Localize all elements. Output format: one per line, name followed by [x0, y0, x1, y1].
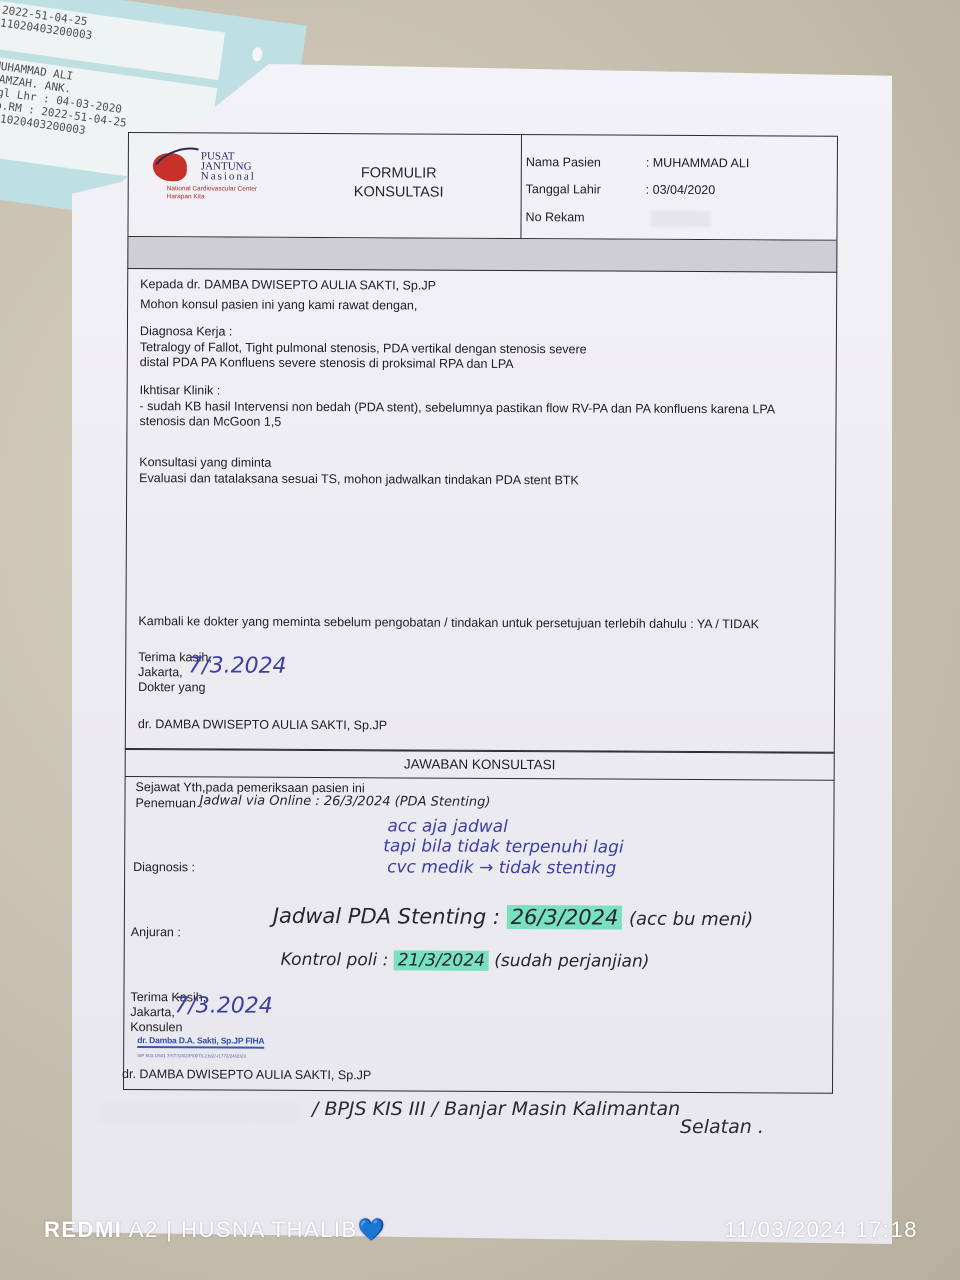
consultant-doctor-name: dr. DAMBA DWISEPTO AULIA SAKTI, Sp.JP — [122, 1067, 371, 1082]
answer-diagnosis-handwritten: tapi bila tidak terpenuhi lagi — [383, 836, 623, 857]
recommendation-note: (sudah perjanjian) — [494, 951, 649, 972]
diagnosis-label: Diagnosa Kerja : — [140, 324, 232, 338]
city-text: Jakarta, — [138, 665, 183, 679]
clinical-summary-text: stenosis dan McGoon 1,5 — [139, 414, 281, 429]
patient-dob-value: : 03/04/2020 — [646, 183, 716, 197]
answer-diagnosis-handwritten: acc aja jadwal — [387, 816, 508, 837]
logo-sub-line: Harapan Kita — [167, 193, 257, 201]
redacted-record-number — [651, 211, 711, 227]
title-line: KONSULTASI — [349, 183, 449, 203]
answer-handwritten-date: 7/3.2024 — [174, 993, 273, 1019]
title-line: FORMULIR — [349, 164, 449, 184]
logo-subtext: National Cardiovascular Center Harapan K… — [167, 185, 257, 201]
watermark-datetime: 11/03/2024 17:18 — [724, 1217, 918, 1243]
bottom-note-line: Selatan . — [680, 1116, 764, 1138]
doctor-stamp-license: SIP 503.1/501 7/ST/1002/P/0073.2.b/2/-/1… — [137, 1053, 246, 1059]
recommendation-text: Jadwal PDA Stenting : — [273, 904, 500, 929]
recommendation-label: Anjuran : — [131, 925, 181, 939]
form-header: PUSAT JANTUNG Nasional National Cardiova… — [127, 132, 838, 241]
recommendation-note: (acc bu meni) — [629, 909, 753, 931]
handwritten-date: 7/3.2024 — [188, 653, 287, 679]
patient-dob-label: Tanggal Lahir — [526, 182, 601, 196]
patient-record-row: No Rekam — [526, 210, 585, 224]
perforation-hole — [251, 47, 263, 62]
form-title: FORMULIR KONSULTASI — [349, 164, 449, 203]
answer-diagnosis-label: Diagnosis : — [133, 860, 195, 874]
recommendation-line-1: Jadwal PDA Stenting : 26/3/2024 (acc bu … — [273, 904, 753, 931]
doctor-stamp: dr. Damba D.A. Sakti, Sp.JP FIHA — [137, 1035, 264, 1049]
camera-watermark: REDMI A2 | HUSNA THALIB💙 — [44, 1217, 387, 1243]
answer-section-title: JAWABAN KONSULTASI — [125, 749, 835, 781]
highlighted-date: 26/3/2024 — [507, 905, 623, 930]
header-divider-band — [127, 237, 837, 273]
bottom-handwritten-note: / BPJS KIS III / Banjar Masin Kalimantan… — [312, 1098, 764, 1138]
answer-city: Jakarta, — [130, 1005, 175, 1019]
watermark-model-owner: A2 | HUSNA THALIB — [122, 1217, 357, 1242]
clinical-summary-label: Ikhtisar Klinik : — [140, 383, 221, 397]
logo-line: Nasional — [201, 171, 256, 181]
intro-line: Mohon konsul pasien ini yang kami rawat … — [140, 297, 417, 312]
consultant-label: Konsulen — [130, 1020, 182, 1034]
request-section: Kepada dr. DAMBA DWISEPTO AULIA SAKTI, S… — [125, 269, 838, 753]
recommendation-line-2: Kontrol poli : 21/3/2024 (sudah perjanji… — [281, 950, 650, 972]
finding-label: Penemuan : — [135, 796, 202, 810]
watermark-brand: REDMI — [44, 1217, 122, 1242]
patient-name-label: Nama Pasien — [526, 155, 601, 169]
recipient-line: Kepada dr. DAMBA DWISEPTO AULIA SAKTI, S… — [140, 277, 436, 293]
blue-heart-icon: 💙 — [358, 1217, 387, 1243]
patient-name-row: Nama Pasien : MUHAMMAD ALI — [526, 155, 601, 169]
requesting-doctor-name: dr. DAMBA DWISEPTO AULIA SAKTI, Sp.JP — [138, 717, 387, 732]
consult-request-label: Konsultasi yang diminta — [139, 455, 271, 470]
patient-record-label: No Rekam — [526, 210, 585, 224]
patient-dob-row: Tanggal Lahir : 03/04/2020 — [526, 182, 601, 196]
doctor-label: Dokter yang — [138, 680, 205, 694]
recommendation-text: Kontrol poli : — [281, 950, 389, 971]
logo-text: PUSAT JANTUNG Nasional — [201, 151, 256, 181]
diagnosis-text: distal PDA PA Konfluens severe stenosis … — [140, 355, 514, 371]
consult-request-text: Evaluasi dan tatalaksana sesuai TS, moho… — [139, 471, 579, 487]
hospital-logo: PUSAT JANTUNG Nasional National Cardiova… — [151, 149, 271, 210]
patient-info: Nama Pasien : MUHAMMAD ALI Tanggal Lahir… — [520, 135, 839, 242]
redacted-bottom-id — [100, 1102, 300, 1122]
return-note: Kambali ke dokter yang meminta sebelum p… — [138, 614, 759, 631]
diagnosis-text: Tetralogy of Fallot, Tight pulmonal sten… — [140, 340, 587, 356]
answer-diagnosis-handwritten: cvc medik → tidak stenting — [387, 857, 616, 878]
patient-name-value: : MUHAMMAD ALI — [646, 156, 750, 171]
highlighted-date: 21/3/2024 — [394, 950, 489, 970]
consultation-form: PUSAT JANTUNG Nasional National Cardiova… — [123, 132, 838, 1094]
finding-handwritten: Jadwal via Online : 26/3/2024 (PDA Stent… — [199, 793, 490, 810]
